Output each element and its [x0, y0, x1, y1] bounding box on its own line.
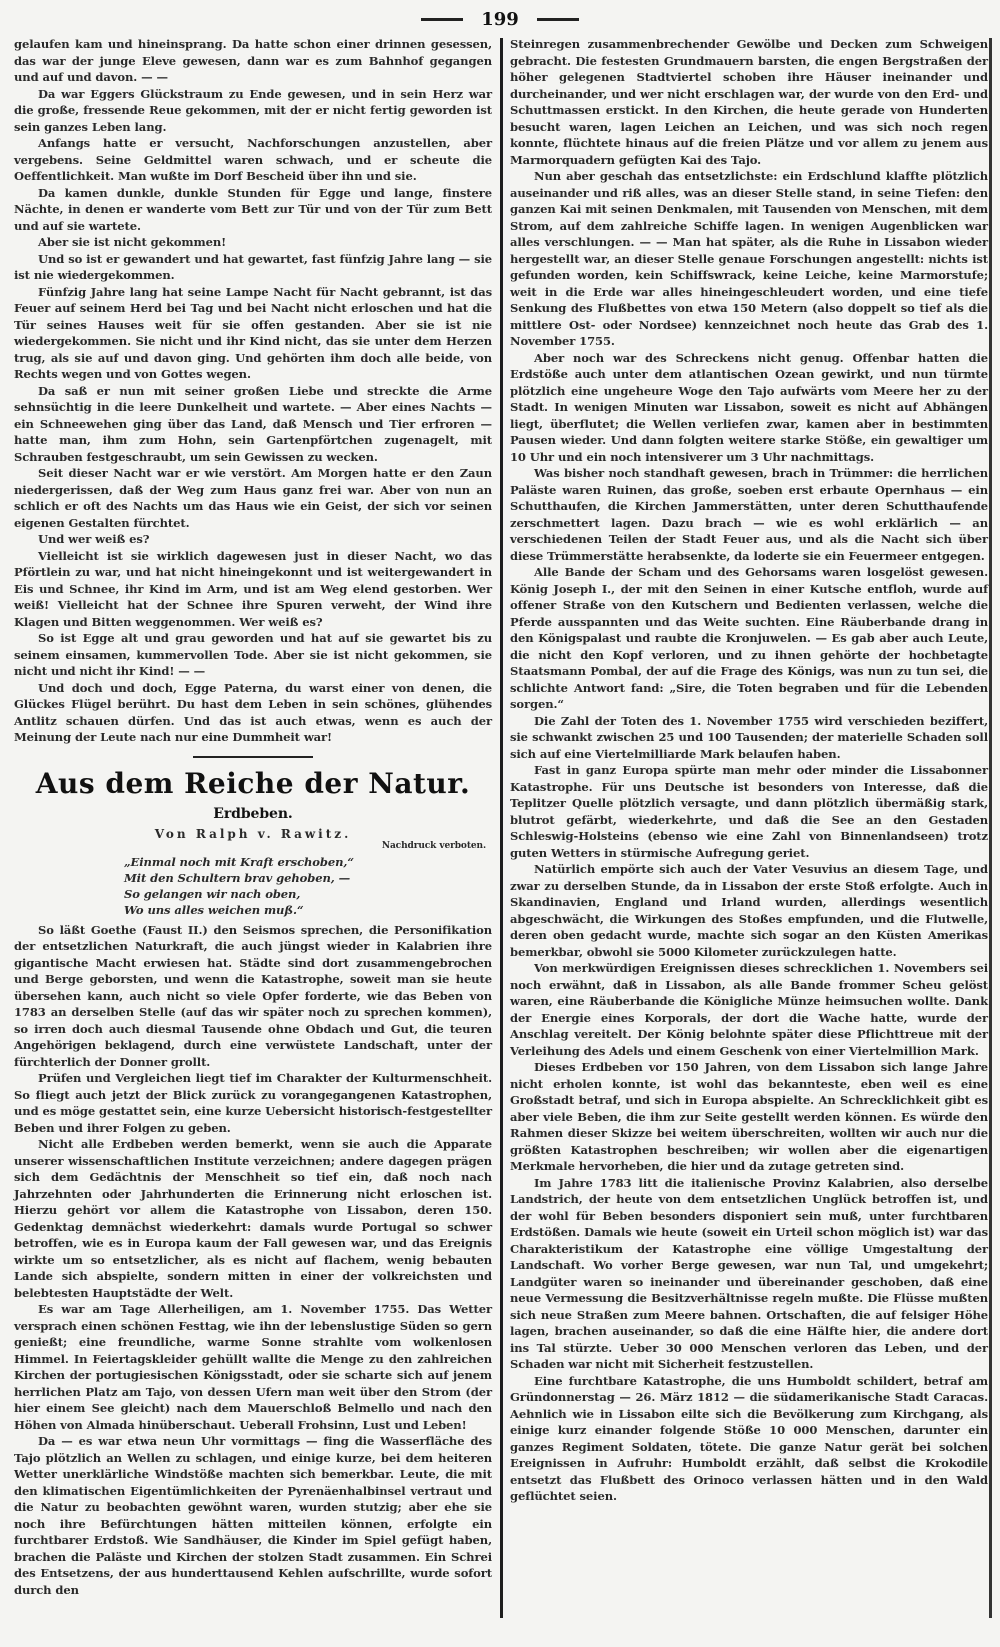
article-paragraph: Im Jahre 1783 litt die italienische Prov… — [510, 1175, 988, 1373]
story-paragraph: Fünfzig Jahre lang hat seine Lampe Nacht… — [14, 284, 492, 383]
story-paragraph: Da war Eggers Glückstraum zu Ende gewese… — [14, 86, 492, 136]
article-paragraph: Die Zahl der Toten des 1. November 1755 … — [510, 713, 988, 763]
story-paragraph: Und doch und doch, Egge Paterna, du wars… — [14, 680, 492, 746]
story-paragraph: gelaufen kam und hineinsprang. Da hatte … — [14, 36, 492, 86]
article-subheadline: Erdbeben. — [14, 804, 492, 824]
article-paragraph: Alle Bande der Scham und des Gehorsams w… — [510, 564, 988, 713]
header-rule-left — [421, 18, 463, 21]
story-paragraph: Vielleicht ist sie wirklich dagewesen ju… — [14, 548, 492, 631]
story-paragraph: Seit dieser Nacht war er wie verstört. A… — [14, 465, 492, 531]
story-paragraph: Aber sie ist nicht gekommen! — [14, 234, 492, 251]
page-header: 199 — [0, 4, 1000, 34]
page-number: 199 — [481, 9, 519, 30]
article-paragraph: Was bisher noch standhaft gewesen, brach… — [510, 465, 988, 564]
article-paragraph: Eine furchtbare Katastrophe, die uns Hum… — [510, 1373, 988, 1505]
right-column: Steinregen zusammenbrechender Gewölbe un… — [510, 36, 988, 1505]
newspaper-page: 199 gelaufen kam und hineinsprang. Da ha… — [0, 0, 1000, 1647]
section-separator — [193, 756, 313, 758]
story-paragraph: So ist Egge alt und grau geworden und ha… — [14, 630, 492, 680]
article-paragraph: Dieses Erdbeben vor 150 Jahren, von dem … — [510, 1059, 988, 1175]
article-paragraph: So läßt Goethe (Faust II.) den Seismos s… — [14, 922, 492, 1071]
verse-line: „Einmal noch mit Kraft erschoben,“ — [124, 854, 492, 870]
article-paragraph: Nun aber geschah das entsetzlichste: ein… — [510, 168, 988, 350]
left-column: gelaufen kam und hineinsprang. Da hatte … — [14, 36, 492, 1598]
verse-line: Mit den Schultern brav gehoben, — — [124, 870, 492, 886]
article-paragraph: Natürlich empörte sich auch der Vater Ve… — [510, 861, 988, 960]
article-paragraph: Steinregen zusammenbrechender Gewölbe un… — [510, 36, 988, 168]
article-paragraph: Prüfen und Vergleichen liegt tief im Cha… — [14, 1070, 492, 1136]
verse-quote: „Einmal noch mit Kraft erschoben,“ Mit d… — [14, 854, 492, 918]
article-paragraph: Da — es war etwa neun Uhr vormittags — f… — [14, 1433, 492, 1598]
header-rule-right — [537, 18, 579, 21]
column-divider — [500, 38, 503, 1618]
story-paragraph: Und so ist er gewandert und hat gewartet… — [14, 251, 492, 284]
article-paragraph: Aber noch war des Schreckens nicht genug… — [510, 350, 988, 466]
story-paragraph: Da kamen dunkle, dunkle Stunden für Egge… — [14, 185, 492, 235]
article-paragraph: Fast in ganz Europa spürte man mehr oder… — [510, 762, 988, 861]
article-paragraph: Von merkwürdigen Ereignissen dieses schr… — [510, 960, 988, 1059]
verse-line: Wo uns alles weichen muß.“ — [124, 902, 492, 918]
story-paragraph: Und wer weiß es? — [14, 531, 492, 548]
article-headline: Aus dem Reiche der Natur. — [14, 766, 492, 802]
story-paragraph: Da saß er nun mit seiner großen Liebe un… — [14, 383, 492, 466]
article-paragraph: Es war am Tage Allerheiligen, am 1. Nove… — [14, 1301, 492, 1433]
verse-line: So gelangen wir nach oben, — [124, 886, 492, 902]
page-edge-rule — [989, 38, 992, 1618]
story-paragraph: Anfangs hatte er versucht, Nachforschung… — [14, 135, 492, 185]
article-paragraph: Nicht alle Erdbeben werden bemerkt, wenn… — [14, 1136, 492, 1301]
